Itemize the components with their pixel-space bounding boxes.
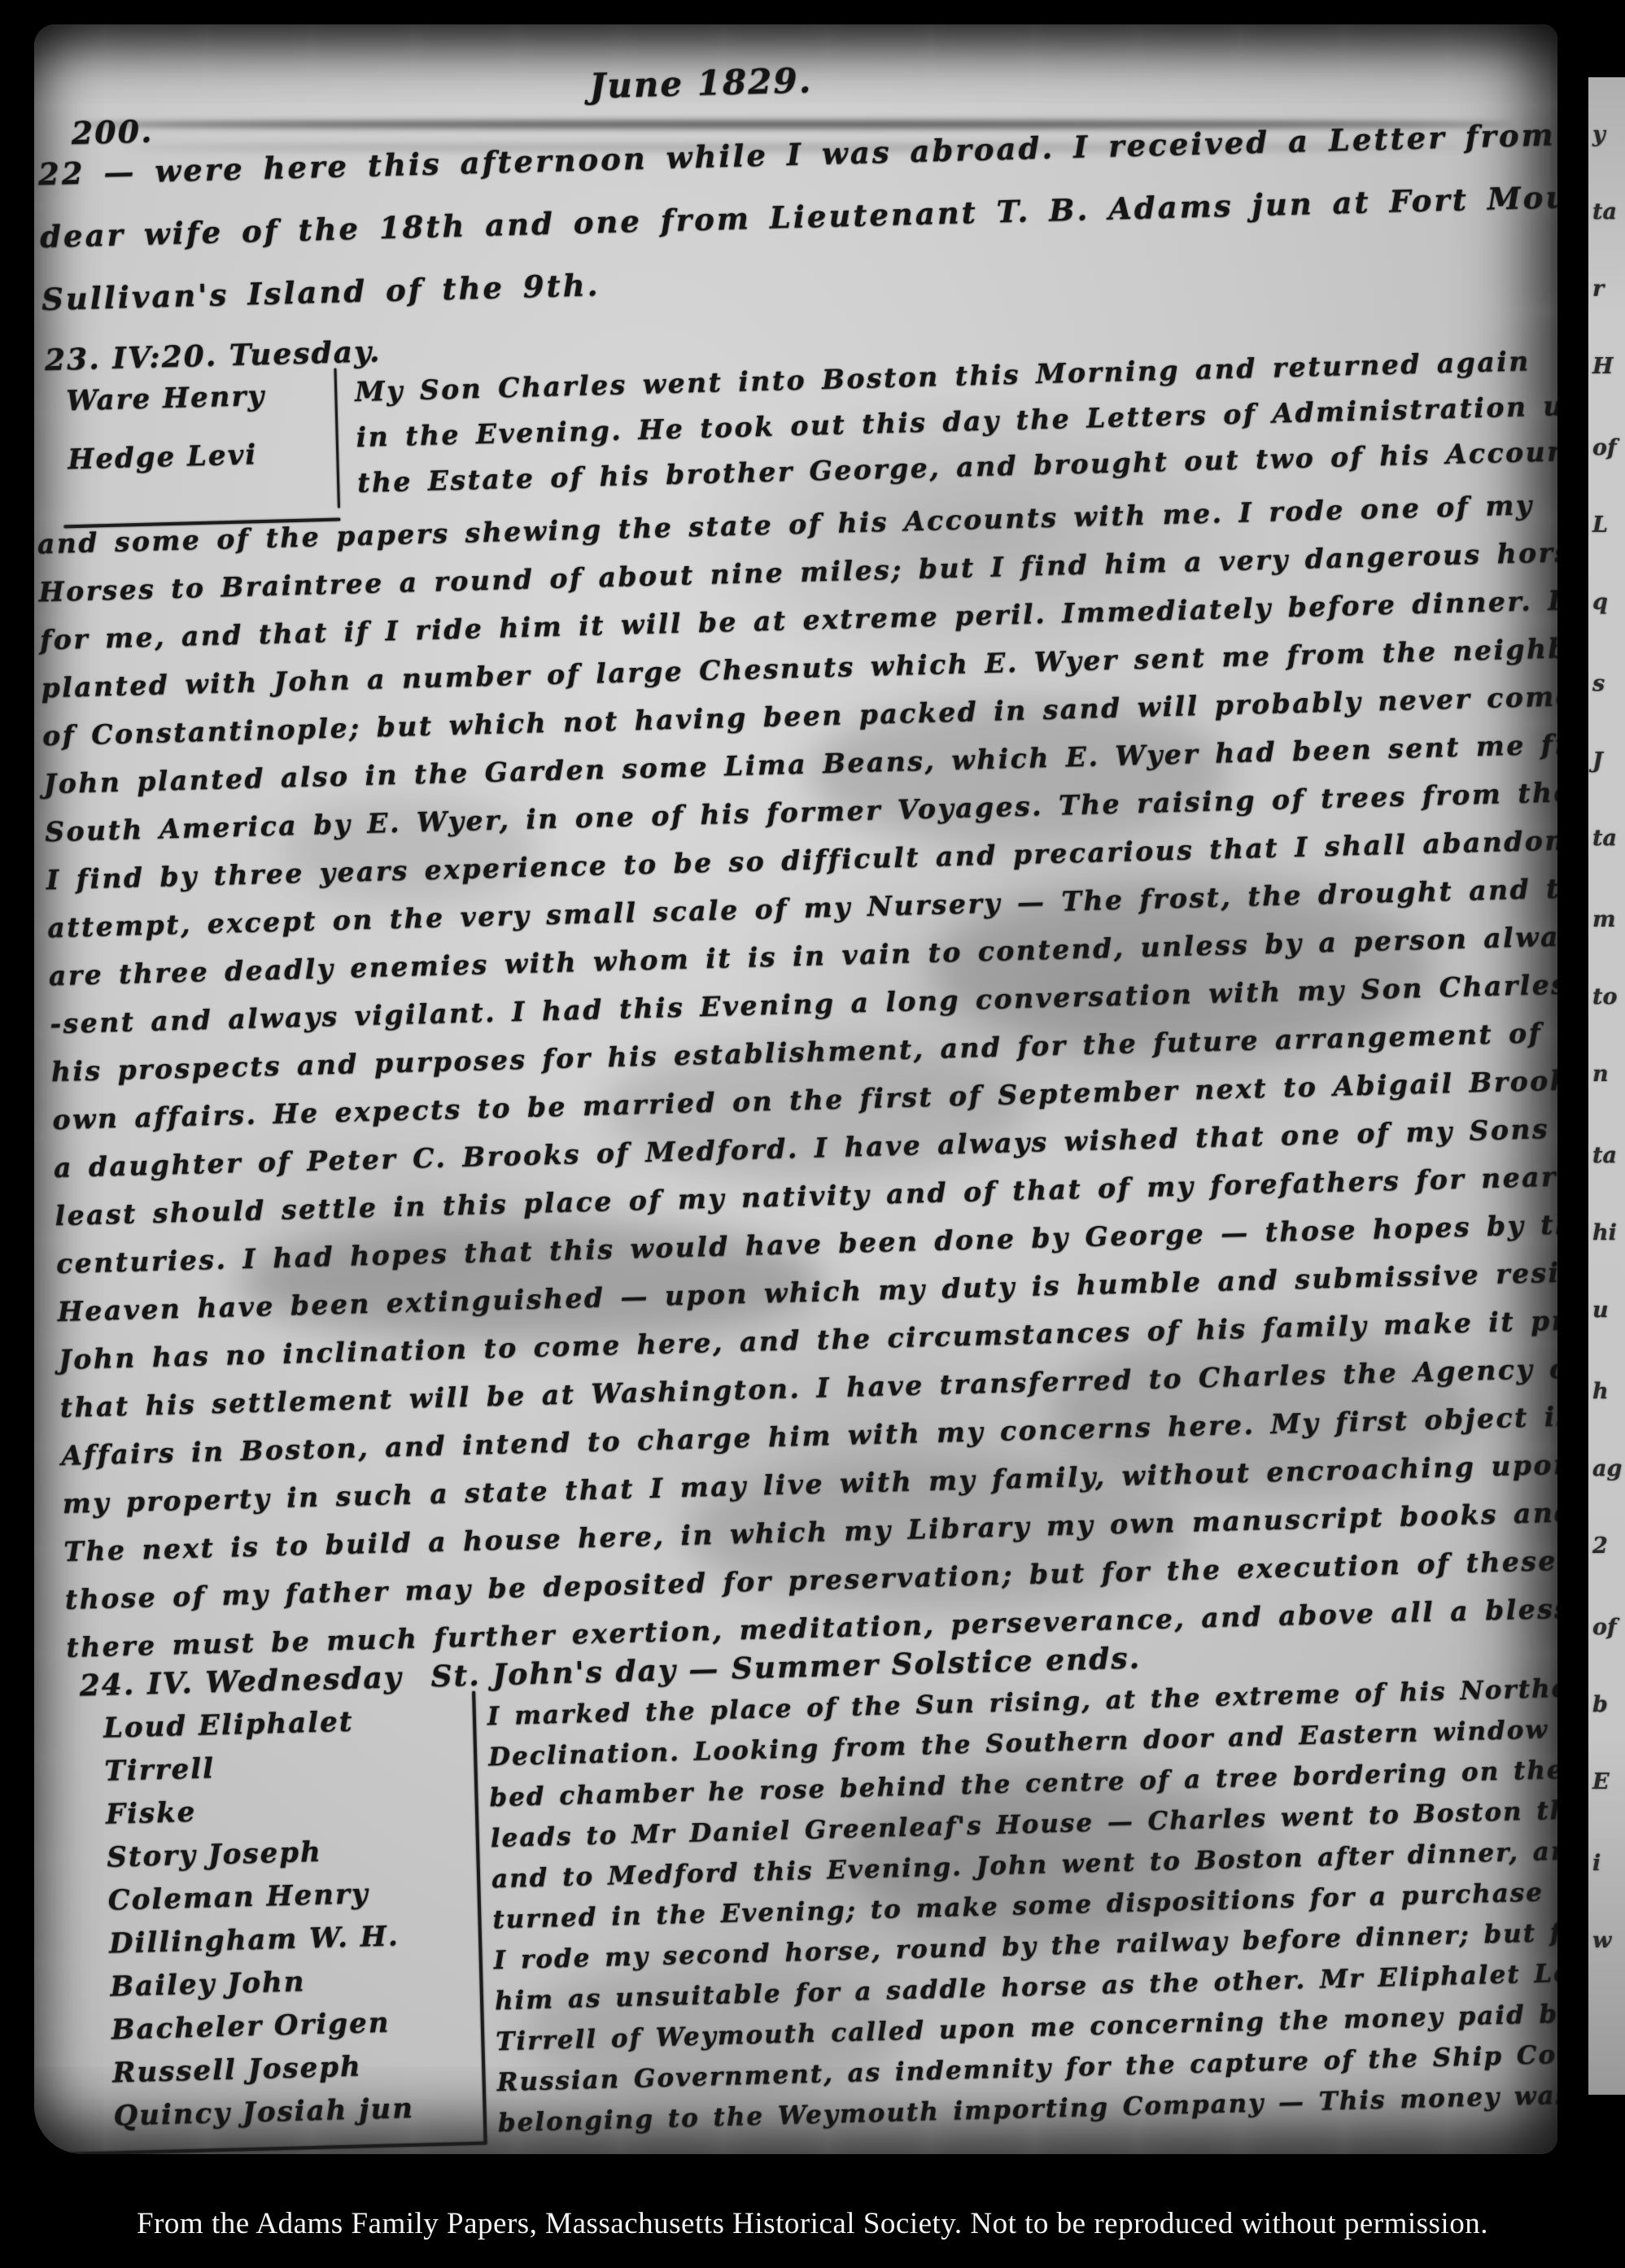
edge-fragment: u — [1592, 1298, 1609, 1323]
margin-name: Russell Joseph — [112, 2050, 363, 2089]
next-page-sliver: y ta r H of L q s J ta m to n ta hi u h … — [1588, 77, 1625, 2095]
month-heading: June 1829. — [589, 60, 813, 106]
edge-fragment: ta — [1592, 199, 1617, 225]
margin-name: Quincy Josiah jun — [113, 2092, 414, 2133]
entry-22: 22 — were here this afternoon while I wa… — [34, 24, 1535, 45]
edge-fragment: q — [1592, 590, 1608, 615]
edge-fragment: s — [1592, 671, 1605, 696]
date-heading-24: 24. IV. Wednesday — [79, 1660, 403, 1703]
edge-fragment: b — [1592, 1692, 1608, 1717]
edge-fragment: i — [1592, 1851, 1601, 1876]
margin-name: Bailey John — [110, 1965, 306, 2003]
edge-fragment: ag — [1592, 1456, 1622, 1481]
margin-name: Bacheler Origen — [111, 2007, 391, 2047]
edge-fragment: ta — [1592, 1143, 1617, 1168]
margin-name: Coleman Henry — [107, 1878, 369, 1917]
edge-fragment: r — [1592, 277, 1604, 302]
edge-fragment: n — [1592, 1062, 1609, 1087]
manuscript-line: 22 — were here this afternoon while I wa… — [38, 115, 1557, 192]
footer-caption: From the Adams Family Papers, Massachuse… — [0, 2206, 1625, 2241]
edge-fragment: L — [1592, 512, 1608, 538]
edge-fragment: h — [1592, 1379, 1609, 1404]
manuscript-line: dear wife of the 18th and one from Lieut… — [40, 177, 1557, 255]
margin-name: Loud Eliphalet — [103, 1706, 354, 1745]
margin-name: Story Joseph — [107, 1836, 322, 1874]
edge-fragment: w — [1592, 1928, 1611, 1953]
names-divider-line — [472, 1691, 487, 2144]
date-heading-23: 23. IV:20. Tuesday. — [45, 334, 382, 377]
edge-fragment: E — [1592, 1769, 1610, 1795]
scanned-diary-page: { "page": { "month_heading": "June 1829.… — [0, 0, 1625, 2268]
margin-name: Ware Henry — [66, 380, 266, 417]
margin-name: Dillingham W. H. — [109, 1920, 400, 1960]
diary-page-scan: June 1829. 200. 22 — were here this afte… — [34, 24, 1557, 2154]
entry-24: 24. IV. Wednesday St. John's day — Summe… — [34, 24, 1535, 45]
edge-fragment: to — [1592, 984, 1617, 1010]
edge-fragment: J — [1592, 748, 1603, 774]
margin-bracket-line — [334, 369, 340, 508]
page-number: 200. — [71, 112, 154, 151]
manuscript-line: Sullivan's Island of the 9th. — [41, 267, 601, 317]
edge-fragment: 2 — [1592, 1533, 1608, 1559]
edge-fragment: ta — [1592, 826, 1617, 851]
entry-23: 23. IV:20. Tuesday. Ware Henry Hedge Lev… — [34, 24, 1535, 45]
edge-fragment: of — [1592, 435, 1617, 460]
margin-name: Fiske — [105, 1796, 196, 1831]
margin-name: Hedge Levi — [68, 438, 258, 476]
edge-fragment: hi — [1592, 1220, 1617, 1245]
edge-fragment: of — [1592, 1615, 1617, 1640]
edge-fragment: m — [1592, 907, 1616, 932]
names-bottom-line — [68, 2141, 487, 2154]
edge-fragment: H — [1592, 354, 1614, 379]
margin-name: Tirrell — [104, 1752, 216, 1788]
edge-fragment: y — [1592, 122, 1605, 147]
handwritten-content: June 1829. 200. 22 — were here this afte… — [34, 24, 1557, 2154]
